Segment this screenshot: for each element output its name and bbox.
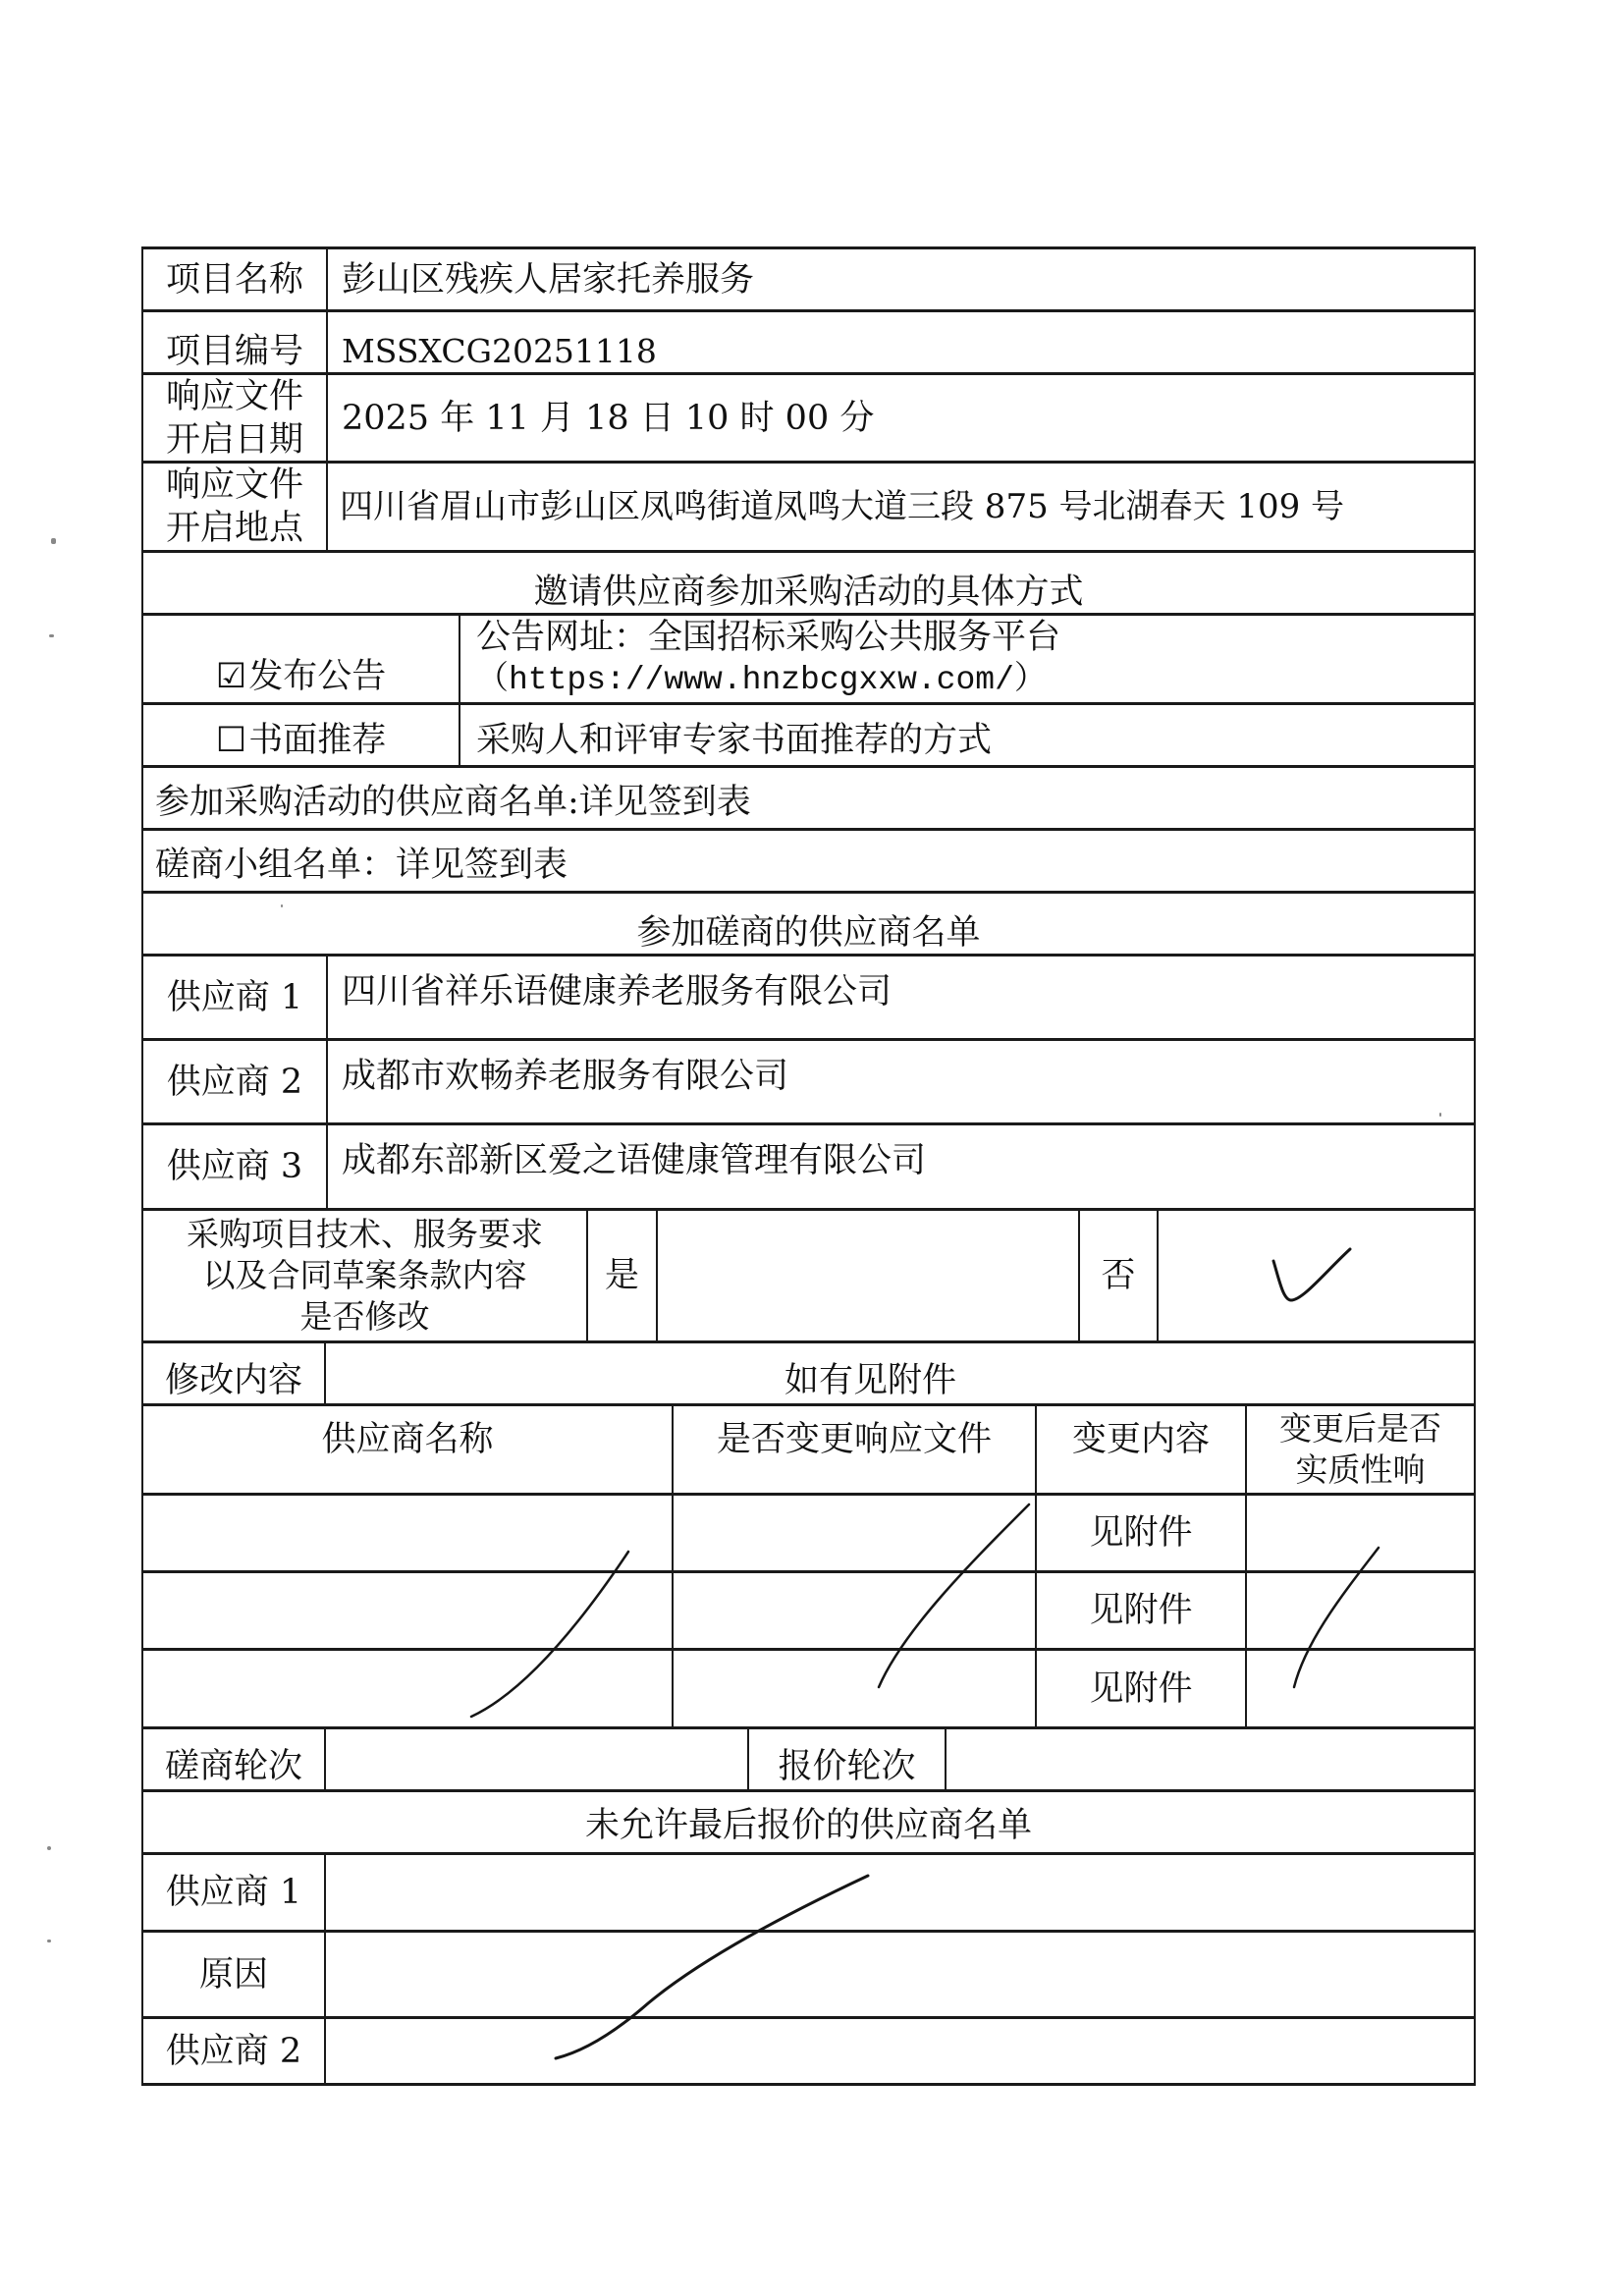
- negotiation-rounds-value[interactable]: [326, 1729, 747, 1789]
- change-row-2-supplier[interactable]: [143, 1573, 672, 1648]
- negotiation-rounds-label: 磋商轮次: [143, 1729, 324, 1789]
- handwritten-checkmark-icon: [1258, 1231, 1376, 1320]
- scan-speck: [47, 1940, 51, 1942]
- panel-list-note: 磋商小组名单：详见签到表: [143, 831, 1474, 891]
- change-row-2-changed[interactable]: [674, 1573, 1035, 1648]
- header-change-content: 变更内容: [1037, 1406, 1245, 1493]
- announce-detail: 公告网址：全国招标采购公共服务平台 （https://www.hnzbcgxxw…: [460, 616, 1474, 702]
- supplier-3-name: 成都东部新区爱之语健康管理有限公司: [328, 1125, 1474, 1208]
- not-allowed-reason-label: 原因: [143, 1933, 324, 2016]
- change-row-3-supplier[interactable]: [143, 1651, 672, 1726]
- not-allowed-heading: 未允许最后报价的供应商名单: [143, 1792, 1474, 1852]
- invitation-heading: 邀请供应商参加采购活动的具体方式: [143, 553, 1474, 613]
- modification-question: 采购项目技术、服务要求 以及合同草案条款内容 是否修改: [143, 1211, 586, 1340]
- scan-speck: [1439, 1113, 1441, 1117]
- change-row-3-substantive[interactable]: [1247, 1651, 1474, 1726]
- open-date-label: 响应文件 开启日期: [143, 375, 326, 461]
- supplier-1-label: 供应商 1: [143, 957, 326, 1038]
- scan-speck: [51, 538, 56, 544]
- announce-option[interactable]: ☑ 发布公告: [143, 616, 459, 702]
- header-substantive: 变更后是否 实质性响: [1247, 1406, 1474, 1493]
- quote-rounds-value[interactable]: [947, 1729, 1474, 1789]
- project-name-label: 项目名称: [143, 249, 326, 309]
- change-row-1-supplier[interactable]: [143, 1496, 672, 1570]
- unchecked-checkbox-icon[interactable]: ☐: [216, 719, 246, 762]
- supplier-2-name: 成都市欢畅养老服务有限公司: [328, 1041, 1474, 1122]
- scan-speck: [281, 904, 283, 907]
- participants-heading: 参加磋商的供应商名单: [143, 894, 1474, 954]
- open-date-value: 2025 年 11 月 18 日 10 时 00 分: [328, 375, 1474, 461]
- change-row-1-substantive[interactable]: [1247, 1496, 1474, 1570]
- change-row-3-content: 见附件: [1037, 1651, 1245, 1726]
- modification-no-label: 否: [1080, 1211, 1157, 1340]
- project-number-label: 项目编号: [143, 312, 326, 372]
- modification-no-value[interactable]: [1159, 1211, 1474, 1340]
- modification-content-label: 修改内容: [143, 1343, 324, 1403]
- header-supplier-name: 供应商名称: [143, 1406, 672, 1493]
- open-place-label: 响应文件 开启地点: [143, 464, 326, 550]
- supplier-3-label: 供应商 3: [143, 1125, 326, 1208]
- modification-yes-label: 是: [588, 1211, 656, 1340]
- not-allowed-supplier-1-label: 供应商 1: [143, 1855, 324, 1930]
- not-allowed-reason-value[interactable]: [326, 1933, 1474, 2016]
- open-place-value: 四川省眉山市彭山区凤鸣街道凤鸣大道三段 875 号北湖春天 109 号: [328, 464, 1474, 550]
- scan-speck: [47, 1846, 51, 1850]
- header-changed-response: 是否变更响应文件: [674, 1406, 1035, 1493]
- change-row-2-substantive[interactable]: [1247, 1573, 1474, 1648]
- change-row-3-changed[interactable]: [674, 1651, 1035, 1726]
- announce-url-link[interactable]: （https://www.hnzbcgxxw.com/）: [476, 659, 1047, 702]
- project-name-value: 彭山区残疾人居家托养服务: [328, 249, 1474, 309]
- supplier-1-name: 四川省祥乐语健康养老服务有限公司: [328, 957, 1474, 1038]
- scan-speck: [49, 634, 54, 637]
- change-row-2-content: 见附件: [1037, 1573, 1245, 1648]
- project-number-value: MSSXCG20251118: [328, 312, 1474, 372]
- written-recommend-detail: 采购人和评审专家书面推荐的方式: [460, 705, 1474, 765]
- supplier-list-note: 参加采购活动的供应商名单:详见签到表: [143, 768, 1474, 828]
- not-allowed-supplier-2-label: 供应商 2: [143, 2019, 324, 2083]
- not-allowed-supplier-1-value[interactable]: [326, 1855, 1474, 1930]
- change-row-1-changed[interactable]: [674, 1496, 1035, 1570]
- quote-rounds-label: 报价轮次: [749, 1729, 945, 1789]
- not-allowed-supplier-2-value[interactable]: [326, 2019, 1474, 2083]
- procurement-record-page: 项目名称 彭山区残疾人居家托养服务 项目编号 MSSXCG20251118 响应…: [0, 0, 1623, 2296]
- rule: [141, 2083, 1476, 2086]
- checked-checkbox-icon[interactable]: ☑: [216, 655, 246, 698]
- supplier-2-label: 供应商 2: [143, 1041, 326, 1122]
- written-recommend-option[interactable]: ☐ 书面推荐: [143, 705, 459, 765]
- table-border-right: [1474, 247, 1476, 2086]
- change-row-1-content: 见附件: [1037, 1496, 1245, 1570]
- modification-content-value: 如有见附件: [326, 1343, 1474, 1403]
- modification-yes-value[interactable]: [658, 1211, 1078, 1340]
